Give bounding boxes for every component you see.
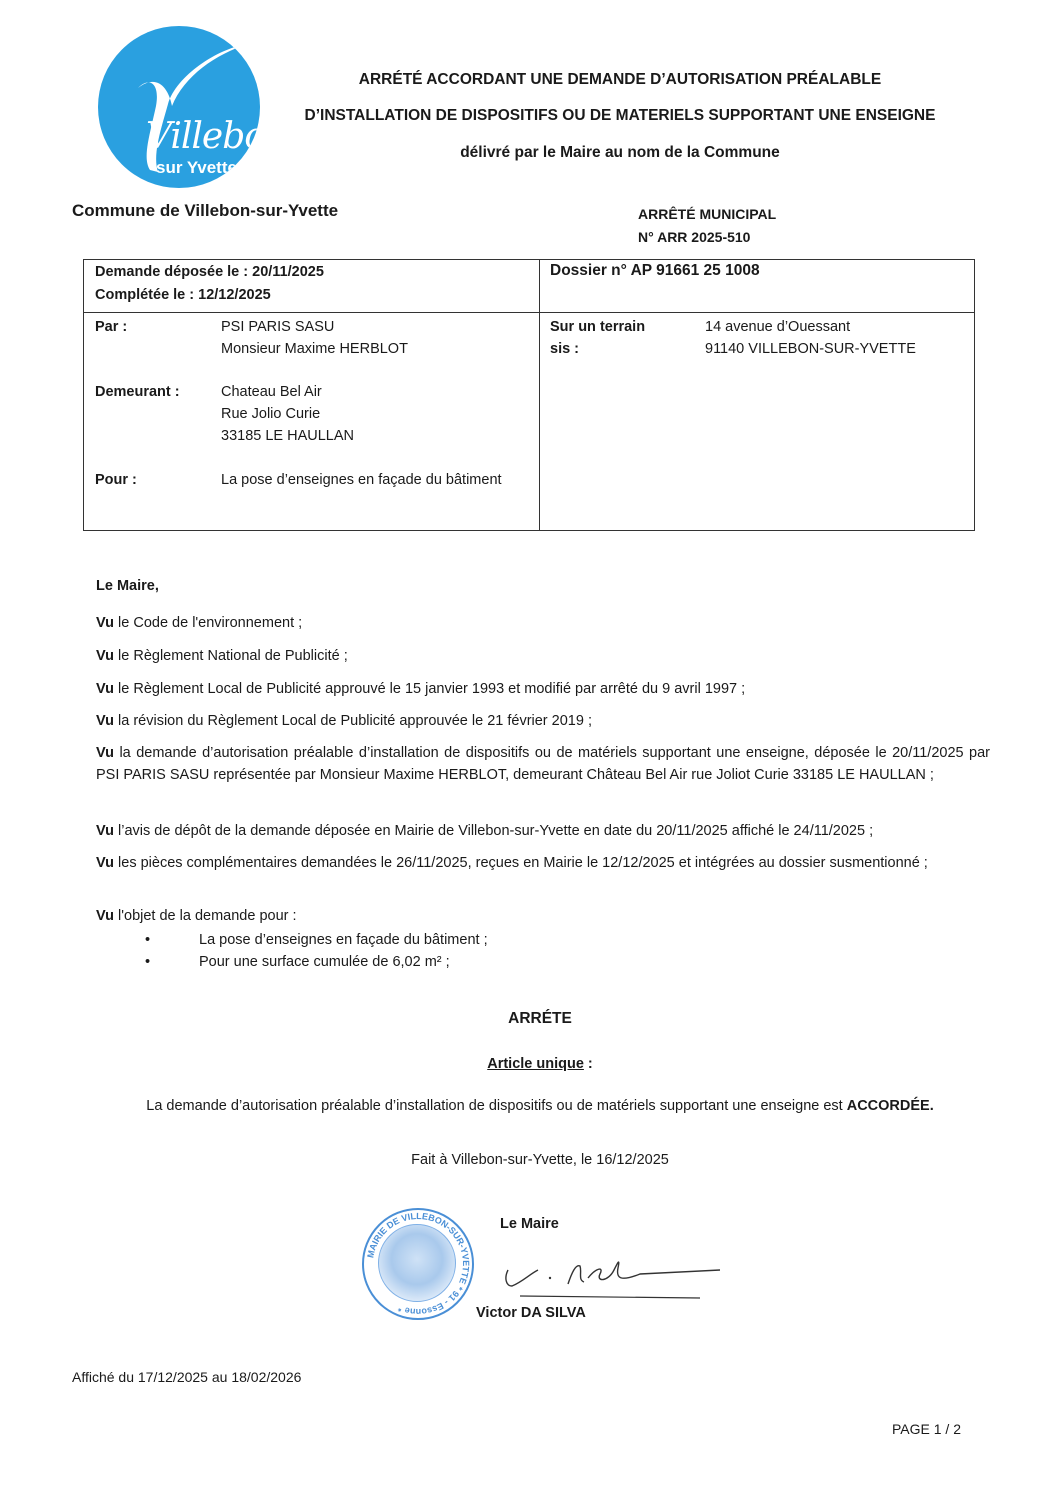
consideration-3: Vu le Règlement Local de Publicité appro… bbox=[96, 678, 990, 700]
bullet-icon: • bbox=[145, 932, 150, 948]
terrain-address-1: 14 avenue d’Ouessant bbox=[705, 316, 850, 338]
article-colon: : bbox=[584, 1056, 593, 1072]
logo-text-sur-yvette: sur Yvette bbox=[156, 158, 237, 178]
consideration-text: le Règlement Local de Publicité approuvé… bbox=[114, 681, 745, 697]
article-decision: ACCORDÉE. bbox=[847, 1098, 934, 1114]
demeurant-label: Demeurant : bbox=[95, 381, 180, 403]
dossier-number: Dossier n° AP 91661 25 1008 bbox=[550, 262, 760, 280]
terrain-cell: Sur un terrain sis : 14 avenue d’Ouessan… bbox=[540, 313, 975, 531]
consideration-1: Vu le Code de l'environnement ; bbox=[96, 612, 990, 634]
article-body: La demande d’autorisation préalable d’in… bbox=[146, 1098, 846, 1114]
address-line-3: 33185 LE HAULLAN bbox=[221, 425, 354, 447]
vu-word: Vu bbox=[96, 745, 114, 761]
bullet-icon: • bbox=[145, 954, 150, 970]
consideration-6: Vu l’avis de dépôt de la demande déposée… bbox=[96, 820, 990, 842]
vu-word: Vu bbox=[96, 823, 114, 839]
commune-name: Commune de Villebon-sur-Yvette bbox=[72, 201, 338, 221]
signature-icon bbox=[500, 1252, 730, 1302]
vu-word: Vu bbox=[96, 908, 114, 924]
document-title-line-1: ARRÉTÉ ACCORDANT UNE DEMANDE D’AUTORISAT… bbox=[280, 71, 960, 89]
consideration-7: Vu les pièces complémentaires demandées … bbox=[96, 852, 990, 874]
signatory-title: Le Maire bbox=[500, 1216, 559, 1232]
completed-date: Complétée le : 12/12/2025 bbox=[95, 284, 271, 306]
stamp-ring-text: MAIRIE DE VILLEBON-SUR-YVETTE * 91 - Ess… bbox=[364, 1210, 472, 1318]
pour-label: Pour : bbox=[95, 469, 137, 491]
consideration-8: Vu l'objet de la demande pour : bbox=[96, 905, 990, 927]
document-subtitle: délivré par le Maire au nom de la Commun… bbox=[280, 144, 960, 162]
article-heading: Article unique bbox=[487, 1056, 584, 1072]
vu-word: Vu bbox=[96, 713, 114, 729]
affichage-dates: Affiché du 17/12/2025 au 18/02/2026 bbox=[72, 1369, 301, 1385]
pour-value: La pose d’enseignes en façade du bâtimen… bbox=[221, 469, 502, 491]
bullet-item-1: La pose d’enseignes en façade du bâtimen… bbox=[199, 932, 488, 948]
terrain-address-2: 91140 VILLEBON-SUR-YVETTE bbox=[705, 338, 916, 360]
document-title-line-2: D’INSTALLATION DE DISPOSITIFS OU DE MATE… bbox=[280, 107, 960, 125]
consideration-2: Vu le Règlement National de Publicité ; bbox=[96, 645, 990, 667]
mairie-stamp: MAIRIE DE VILLEBON-SUR-YVETTE * 91 - Ess… bbox=[362, 1208, 474, 1320]
arrete-label: ARRÊTÉ MUNICIPAL bbox=[638, 206, 776, 222]
terrain-label-2: sis : bbox=[550, 338, 579, 360]
consideration-5: Vu la demande d’autorisation préalable d… bbox=[96, 742, 990, 786]
bullet-item-2: Pour une surface cumulée de 6,02 m² ; bbox=[199, 954, 450, 970]
consideration-4: Vu la révision du Règlement Local de Pub… bbox=[96, 710, 990, 732]
page-number: PAGE 1 / 2 bbox=[892, 1421, 961, 1437]
vu-word: Vu bbox=[96, 855, 114, 871]
address-line-1: Chateau Bel Air bbox=[221, 381, 322, 403]
consideration-text: l’avis de dépôt de la demande déposée en… bbox=[114, 823, 873, 839]
intro-le-maire: Le Maire, bbox=[96, 575, 990, 597]
arrete-heading: ARRÉTE bbox=[90, 1010, 990, 1028]
consideration-text: le Règlement National de Publicité ; bbox=[114, 648, 348, 664]
vu-word: Vu bbox=[96, 615, 114, 631]
consideration-text: les pièces complémentaires demandées le … bbox=[114, 855, 928, 871]
villebon-logo: Villebon sur Yvette bbox=[98, 26, 260, 188]
vu-word: Vu bbox=[96, 681, 114, 697]
dossier-cell: Dossier n° AP 91661 25 1008 bbox=[540, 260, 975, 313]
par-label: Par : bbox=[95, 316, 127, 338]
svg-text:MAIRIE DE VILLEBON-SUR-YVETTE: MAIRIE DE VILLEBON-SUR-YVETTE * 91 - Ess… bbox=[365, 1211, 471, 1317]
terrain-label-1: Sur un terrain bbox=[550, 316, 645, 338]
arrete-number: N° ARR 2025-510 bbox=[638, 229, 750, 245]
applicant-cell: Par : PSI PARIS SASU Monsieur Maxime HER… bbox=[84, 313, 540, 531]
fait-a-line: Fait à Villebon-sur-Yvette, le 16/12/202… bbox=[90, 1152, 990, 1168]
dossier-info-table: Demande déposée le : 20/11/2025 Complété… bbox=[83, 259, 975, 531]
consideration-text: le Code de l'environnement ; bbox=[114, 615, 302, 631]
logo-text-villebon: Villebon bbox=[146, 116, 260, 157]
consideration-text: la révision du Règlement Local de Public… bbox=[114, 713, 592, 729]
dates-cell: Demande déposée le : 20/11/2025 Complété… bbox=[84, 260, 540, 313]
vu-word: Vu bbox=[96, 648, 114, 664]
address-line-2: Rue Jolio Curie bbox=[221, 403, 320, 425]
consideration-text: la demande d’autorisation préalable d’in… bbox=[96, 745, 990, 783]
article-text: La demande d’autorisation préalable d’in… bbox=[90, 1098, 990, 1114]
consideration-text: l'objet de la demande pour : bbox=[114, 908, 297, 924]
applicant-representative: Monsieur Maxime HERBLOT bbox=[221, 338, 408, 360]
deposit-date: Demande déposée le : 20/11/2025 bbox=[95, 261, 324, 283]
applicant-company: PSI PARIS SASU bbox=[221, 316, 334, 338]
article-heading-line: Article unique : bbox=[90, 1056, 990, 1072]
signatory-name: Victor DA SILVA bbox=[476, 1305, 586, 1321]
